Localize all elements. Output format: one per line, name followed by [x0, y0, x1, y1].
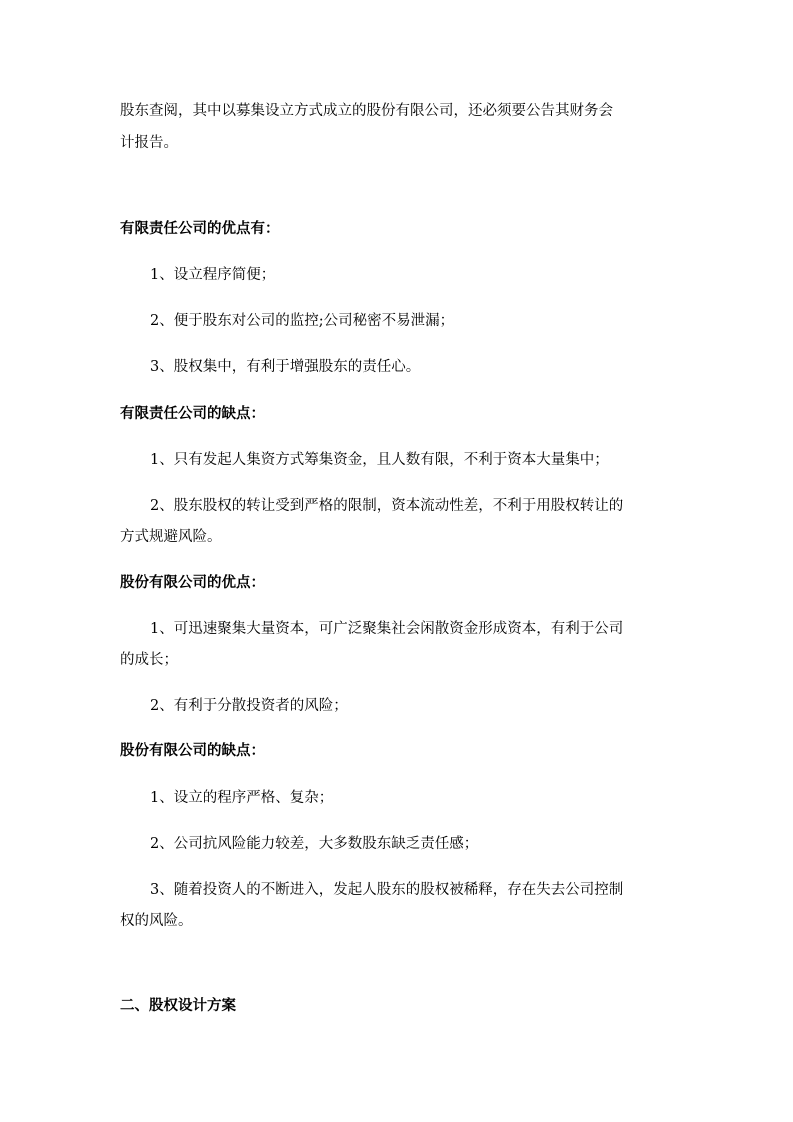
- list-item: 1、设立的程序严格、复杂；: [150, 788, 333, 808]
- list-item: 3、随着投资人的不断进入，发起人股东的股权被稀释，存在失去公司控制: [150, 880, 623, 900]
- list-item: 3、股权集中，有利于增强股东的责任心。: [150, 357, 420, 377]
- list-item: 1、设立程序简便；: [150, 265, 275, 285]
- section-heading-jsc-advantages: 股份有限公司的优点：: [120, 573, 265, 593]
- list-item: 1、可迅速聚集大量资本，可广泛聚集社会闲散资金形成资本，有利于公司: [150, 619, 623, 639]
- list-item: 2、股东股权的转让受到严格的限制，资本流动性差，不利于用股权转让的: [150, 496, 623, 516]
- list-item-continuation: 权的风险。: [120, 911, 193, 931]
- list-item-continuation: 的成长；: [120, 650, 178, 670]
- section-heading-llc-disadvantages: 有限责任公司的缺点：: [120, 404, 265, 424]
- list-item: 2、公司抗风险能力较差，大多数股东缺乏责任感；: [150, 834, 478, 854]
- list-item: 1、只有发起人集资方式筹集资金，且人数有限，不利于资本大量集中；: [150, 450, 609, 470]
- intro-line-1: 股东查阅，其中以募集设立方式成立的股份有限公司，还必须要公告其财务会: [120, 101, 613, 121]
- list-item: 2、有利于分散投资者的风险；: [150, 696, 348, 716]
- section-heading-equity-design: 二、股权设计方案: [120, 996, 236, 1016]
- list-item: 2、便于股东对公司的监控;公司秘密不易泄漏；: [150, 311, 454, 331]
- intro-line-2: 计报告。: [120, 133, 178, 153]
- section-heading-llc-advantages: 有限责任公司的优点有：: [120, 219, 280, 239]
- section-heading-jsc-disadvantages: 股份有限公司的缺点：: [120, 741, 265, 761]
- list-item-continuation: 方式规避风险。: [120, 527, 222, 547]
